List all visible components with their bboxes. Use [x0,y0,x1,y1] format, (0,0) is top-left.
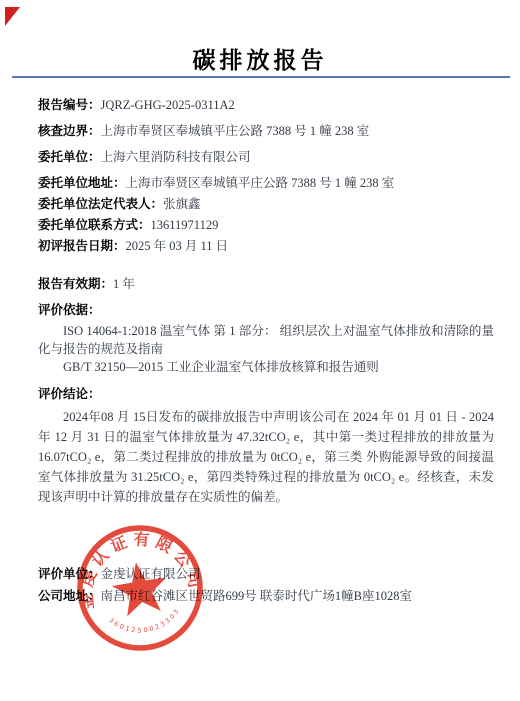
seal-serial-number: 3601250023303 [106,605,184,640]
field-initial-report-date: 初评报告日期：2025 年 03 月 11 日 [38,238,494,254]
field-label: 报告编号： [38,98,101,112]
field-value: 上海市奉贤区奉城镇平庄公路 7388 号 1 幢 238 室 [126,176,395,190]
field-label: 公司地址： [38,589,101,603]
svg-text:3601250023303: 3601250023303 [106,605,184,640]
field-evaluation-agency: 评价单位：金虔认证有限公司 [38,566,508,582]
field-value: 张旗鑫 [163,197,201,211]
field-label: 评价结论： [38,387,101,401]
field-label: 报告有效期： [38,277,113,291]
evaluation-basis-list: ISO 14064-1:2018 温室气体 第 1 部分： 组织层次上对温室气体… [38,323,494,377]
field-legal-representative: 委托单位法定代表人：张旗鑫 [38,196,494,212]
carbon-emission-report-page: 碳排放报告 报告编号：JQRZ-GHG-2025-0311A2 核查边界：上海市… [0,0,520,701]
field-value: 13611971129 [151,218,219,232]
field-value: 上海六里消防科技有限公司 [101,150,251,164]
field-value: JQRZ-GHG-2025-0311A2 [101,98,235,112]
basis-item-gbt: GB/T 32150—2015 工业企业温室气体排放核算和报告通则 [38,359,494,377]
field-client-address: 委托单位地址：上海市奉贤区奉城镇平庄公路 7388 号 1 幢 238 室 [38,175,494,191]
field-agency-address: 公司地址：南昌市红谷滩区世贸路699号 联泰时代广场1幢B座1028室 [38,588,508,604]
field-label: 委托单位联系方式： [38,218,151,232]
field-value: 金虔认证有限公司 [101,567,201,581]
evaluation-conclusion-heading: 评价结论： [38,386,494,402]
report-body: 报告编号：JQRZ-GHG-2025-0311A2 核查边界：上海市奉贤区奉城镇… [38,97,494,507]
evaluation-conclusion-text: 2024年08 月 15日发布的碳排放报告中声明该公司在 2024 年 01 月… [38,407,494,507]
field-value: 上海市奉贤区奉城镇平庄公路 7388 号 1 幢 238 室 [101,124,370,138]
field-report-number: 报告编号：JQRZ-GHG-2025-0311A2 [38,97,494,113]
field-label: 评价依据： [38,303,101,317]
field-contact-phone: 委托单位联系方式：13611971129 [38,217,494,233]
evaluation-basis-heading: 评价依据： [38,302,494,318]
field-value: 2025 年 03 月 11 日 [126,239,229,253]
field-label: 核查边界： [38,124,101,138]
title-divider [12,76,510,78]
field-label: 委托单位地址： [38,176,126,190]
field-report-validity: 报告有效期：1 年 [38,276,494,292]
field-label: 委托单位法定代表人： [38,197,163,211]
page-title: 碳排放报告 [0,42,520,75]
field-client-name: 委托单位：上海六里消防科技有限公司 [38,149,494,165]
report-footer: 评价单位：金虔认证有限公司 公司地址：南昌市红谷滩区世贸路699号 联泰时代广场… [38,566,508,610]
field-label: 委托单位： [38,150,101,164]
field-verification-boundary: 核查边界：上海市奉贤区奉城镇平庄公路 7388 号 1 幢 238 室 [38,123,494,139]
field-label: 初评报告日期： [38,239,126,253]
field-value: 1 年 [113,277,135,291]
red-corner-marker-icon [5,7,20,26]
field-value: 南昌市红谷滩区世贸路699号 联泰时代广场1幢B座1028室 [101,589,412,603]
field-label: 评价单位： [38,567,101,581]
basis-item-iso: ISO 14064-1:2018 温室气体 第 1 部分： 组织层次上对温室气体… [38,323,494,358]
